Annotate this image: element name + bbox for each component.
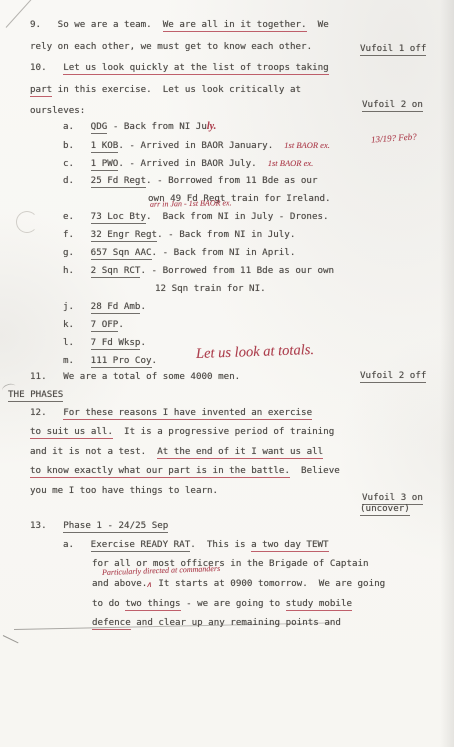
typed-text-segment: 10. <box>30 62 63 73</box>
red-ink-text-segment: 1st BAOR ex. <box>268 158 314 168</box>
document-page: 9. So we are a team. We are all in it to… <box>0 0 454 747</box>
doc-line: e. 73 Loc Bty. Back from NI in July - Dr… <box>63 211 329 223</box>
typed-text-segment: to do <box>92 598 125 609</box>
typed-text-segment: e. <box>63 211 91 222</box>
typed-text-segment: Exercise READY RAT <box>91 539 191 552</box>
typed-text-segment: . - Arrived in BAOR July. <box>118 158 267 169</box>
doc-line: k. 7 OFP. <box>63 319 124 331</box>
typed-text-segment: defence <box>92 617 131 630</box>
typed-text-segment: b. <box>63 140 91 151</box>
typed-text-segment: 12. <box>30 407 63 418</box>
typed-text-segment: a. <box>63 121 91 132</box>
typed-text-segment: to suit us all. <box>30 426 113 439</box>
typed-text-segment: . <box>118 319 124 330</box>
typed-text-segment: . Back from NI in July - Drones. <box>146 211 329 222</box>
typed-text-segment: and clear up any remaining points and <box>131 617 341 628</box>
doc-line: and it is not a test. At the end of it I… <box>30 446 323 458</box>
doc-line: a. QDG - Back from NI July. <box>63 121 216 133</box>
typed-text-segment: 1 KOB <box>91 140 119 153</box>
doc-line: a. Exercise READY RAT. This is a two day… <box>63 539 329 551</box>
handwritten-annotation: 13/19? Feb? <box>371 131 417 144</box>
doc-line: l. 7 Fd Wksp. <box>63 337 146 349</box>
typed-text-segment: to know exactly what our part is in the … <box>30 465 290 478</box>
typed-text-segment: a. <box>63 539 91 550</box>
doc-line: defence and clear up any remaining point… <box>92 617 341 629</box>
typed-text-segment: c. <box>63 158 91 169</box>
doc-line: and above. It starts at 0900 tomorrow. W… <box>92 578 385 590</box>
typed-text-segment: 73 Loc Bty <box>91 211 146 224</box>
typed-text-segment: you me I too have things to learn. <box>30 485 218 496</box>
typed-text-segment: and it is not a test. <box>30 446 157 457</box>
typed-text-segment: 13. <box>30 520 63 531</box>
doc-line: oursleves: <box>30 105 85 117</box>
doc-line: 10. Let us look quickly at the list of t… <box>30 62 329 74</box>
doc-line: to do two things - we are going to study… <box>92 598 352 610</box>
doc-line: you me I too have things to learn. <box>30 485 218 497</box>
typed-text-segment: QDG <box>91 121 108 134</box>
typed-text-segment: 1 PWO <box>91 158 119 171</box>
doc-line: 12. For these reasons I have invented an… <box>30 407 312 419</box>
typed-text-segment: - Back from NI Ju <box>107 121 207 132</box>
typed-text-segment: 7 OFP <box>91 319 119 332</box>
typed-text-segment: in this exercise. Let us look critically… <box>52 84 301 95</box>
typed-text-segment: At the end of it I want us all <box>157 446 323 459</box>
typed-text-segment: . <box>140 301 146 312</box>
typed-text-segment: two things <box>125 598 180 611</box>
typed-text-segment: k. <box>63 319 91 330</box>
typed-text-segment: Believe <box>290 465 340 476</box>
typed-text-segment: h. <box>63 265 91 276</box>
doc-line: f. 32 Engr Regt. - Back from NI in July. <box>63 229 295 241</box>
typed-text-segment: study mobile <box>286 598 352 611</box>
typed-text-segment: . - Borrowed from 11 Bde as our <box>146 175 317 186</box>
typed-text-segment: a two day TEWT <box>251 539 328 552</box>
typed-text-segment: . - Back from NI in July. <box>157 229 295 240</box>
doc-line: d. 25 Fd Regt. - Borrowed from 11 Bde as… <box>63 175 317 187</box>
doc-line: 11. We are a total of some 4000 men. <box>30 371 240 383</box>
paper-fold-line <box>6 0 34 28</box>
typed-text-segment: 11. We are a total of some 4000 men. <box>30 371 240 382</box>
doc-line: g. 657 Sqn AAC. - Back from NI in April. <box>63 247 295 259</box>
typed-text-segment: . - Back from NI in April. <box>152 247 296 258</box>
typed-text-segment: - we are going to <box>181 598 286 609</box>
typed-text-segment: g. <box>63 247 91 258</box>
doc-line: to suit us all. It is a progressive peri… <box>30 426 334 438</box>
typed-text-segment: We <box>307 19 329 30</box>
handwritten-annotation: arr in Jan - 1st BAOR ex. <box>150 198 232 208</box>
scan-edge-shading <box>440 0 454 747</box>
typed-text-segment: We are all in it together. <box>163 19 307 32</box>
margin-note: Vufoil 2 off <box>360 370 426 383</box>
doc-line: j. 28 Fd Amb. <box>63 301 146 313</box>
red-ink-text-segment: ly. <box>207 121 216 132</box>
hole-punch-mark <box>16 211 38 233</box>
doc-line: 9. So we are a team. We are all in it to… <box>30 19 329 31</box>
typed-text-segment: 9. So we are a team. <box>30 19 163 30</box>
typed-text-segment: l. <box>63 337 91 348</box>
typed-text-segment: oursleves: <box>30 105 85 116</box>
typed-text-segment: . - Borrowed from 11 Bde as our own <box>140 265 334 276</box>
typed-text-segment: Phase 1 - 24/25 Sep <box>63 520 168 533</box>
typed-text-segment: 32 Engr Regt <box>91 229 157 242</box>
red-ink-text-segment: 1st BAOR ex. <box>284 140 330 150</box>
margin-note: Vufoil 1 off <box>360 43 426 56</box>
typed-text-segment: m. <box>63 355 91 366</box>
doc-line: c. 1 PWO. - Arrived in BAOR July. 1st BA… <box>63 157 313 170</box>
typed-text-segment: Let us look quickly at the list of troop… <box>63 62 329 75</box>
doc-line: to know exactly what our part is in the … <box>30 465 340 477</box>
doc-line: part in this exercise. Let us look criti… <box>30 84 301 96</box>
typed-text-segment: and above. It starts at 0900 tomorrow. W… <box>92 578 385 589</box>
doc-line: h. 2 Sqn RCT. - Borrowed from 11 Bde as … <box>63 265 334 277</box>
typed-text-segment: . - Arrived in BAOR January. <box>118 140 284 151</box>
doc-line: rely on each other, we must get to know … <box>30 41 312 53</box>
typed-text-segment: 7 Fd Wksp <box>91 337 141 350</box>
typed-text-segment: THE PHASES <box>8 389 63 402</box>
doc-line: b. 1 KOB. - Arrived in BAOR January. 1st… <box>63 139 330 152</box>
typed-text-segment: 25 Fd Regt <box>91 175 146 188</box>
typed-text-segment: It is a progressive period of training <box>113 426 334 437</box>
margin-note: (uncover) <box>360 503 410 516</box>
typed-text-segment: 12 Sqn train for NI. <box>155 283 266 294</box>
typed-text-segment: f. <box>63 229 91 240</box>
typed-text-segment: . <box>140 337 146 348</box>
typed-text-segment: For these reasons I have invented an exe… <box>63 407 312 420</box>
typed-text-segment: j. <box>63 301 91 312</box>
handwritten-annotation: ∧ <box>146 580 152 589</box>
typed-text-segment: d. <box>63 175 91 186</box>
paper-edge-tick <box>3 635 19 643</box>
margin-note: Vufoil 2 on <box>362 99 423 112</box>
doc-line: 12 Sqn train for NI. <box>155 283 266 295</box>
doc-line: m. 111 Pro Coy. <box>63 355 157 367</box>
typed-text-segment: 111 Pro Coy <box>91 355 152 368</box>
typed-text-segment: 28 Fd Amb <box>91 301 141 314</box>
typed-text-segment: 2 Sqn RCT <box>91 265 141 278</box>
typed-text-segment: rely on each other, we must get to know … <box>30 41 312 52</box>
typed-text-segment: part <box>30 84 52 97</box>
typed-text-segment: . <box>152 355 158 366</box>
typed-text-segment: . This is <box>190 539 251 550</box>
handwritten-annotation: Let us look at totals. <box>196 342 315 363</box>
doc-line: 13. Phase 1 - 24/25 Sep <box>30 520 168 532</box>
typed-text-segment: 657 Sqn AAC <box>91 247 152 260</box>
doc-line: THE PHASES <box>8 389 63 401</box>
